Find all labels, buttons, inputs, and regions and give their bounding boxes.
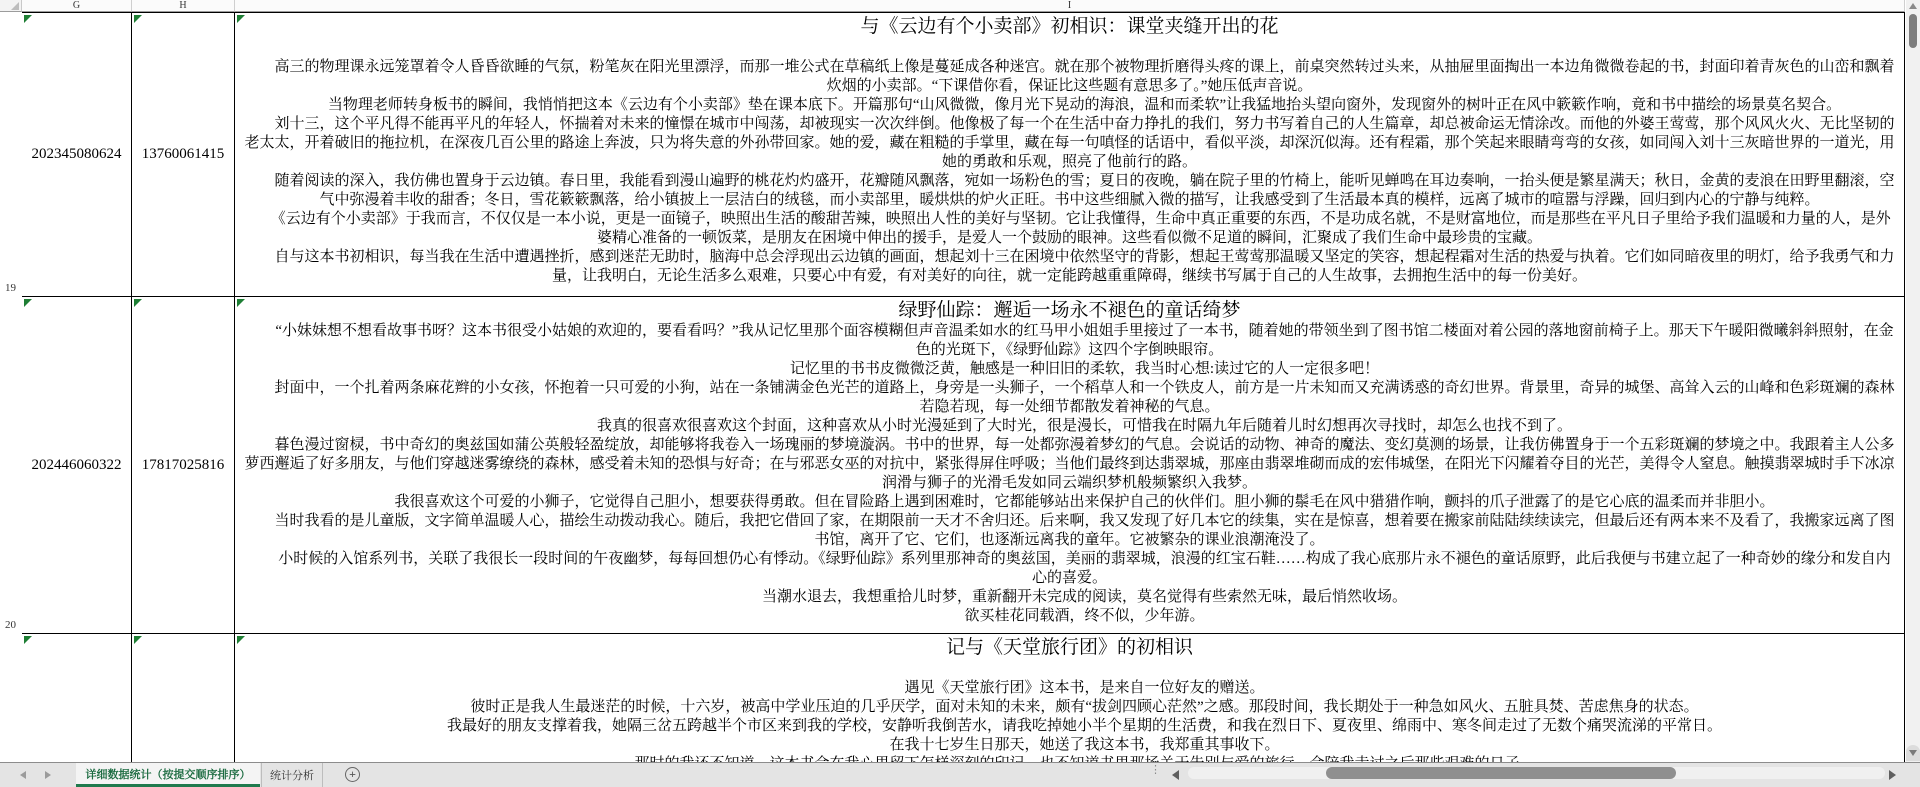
spreadsheet-app: G H I 19 20 202345080624 13760061415 与《云… [0,0,1920,787]
tab-statistics[interactable]: 统计分析 [261,763,323,787]
column-header-g[interactable]: G [22,0,132,12]
cell-I19[interactable]: 与《云边有个小卖部》初相识：课堂夹缝开出的花 高三的物理课永远笼罩着令人昏昏欲睡… [235,13,1905,297]
cell-H19[interactable]: 13760061415 [132,13,235,297]
tab-label: 详细数据统计（按提交顺序排序） [86,766,251,782]
cell-I20[interactable]: 绿野仙踪：邂逅一场永不褪色的童话绮梦 “小妹妹想不想看故事书呀？这本书很受小姑娘… [235,297,1905,634]
cell-G19[interactable]: 202345080624 [22,13,132,297]
essay-paragraph: 高三的物理课永远笼罩着令人昏昏欲睡的气氛，粉笔灰在阳光里漂浮，而那一堆公式在草稿… [242,58,1897,96]
cell-H20[interactable]: 17817025816 [132,297,235,634]
essay-title: 记与《天堂旅行团》的初相识 [242,637,1897,659]
error-indicator-triangle [134,636,142,644]
row-header-20[interactable]: 20 [0,619,21,631]
cell-H21[interactable] [132,634,235,762]
error-indicator-triangle [24,15,32,23]
essay-paragraph: 我真的很喜欢很喜欢这个封面，这种喜欢从小时光漫延到了大时光，很是漫长，可惜我在时… [242,417,1897,436]
horizontal-scrollbar-thumb[interactable] [1326,767,1676,779]
essay-paragraph: 我最好的朋友支撑着我，她隔三岔五跨越半个市区来到我的学校，安静听我倒苦水，请我吃… [242,717,1897,736]
vertical-scrollbar-thumb[interactable] [1909,14,1917,48]
scrollbar-drag-handle-icon[interactable]: ⋮ [1150,768,1153,780]
sheet-nav-right-icon[interactable] [45,771,51,779]
essay-paragraph: 在我十七岁生日那天，她送了我这本书，我郑重其事收下。 [242,736,1897,755]
essay-title: 绿野仙踪：邂逅一场永不褪色的童话绮梦 [242,300,1897,322]
error-indicator-triangle [237,636,245,644]
essay-paragraph: 刘十三，这个平凡得不能再平凡的年轻人，怀揣着对未来的憧憬在城市中闯荡，却被现实一… [242,115,1897,172]
cell-I21[interactable]: 记与《天堂旅行团》的初相识 遇见《天堂旅行团》这本书，是来自一位好友的赠送。 彼… [235,634,1905,762]
select-all-triangle-icon [11,2,19,10]
essay-paragraph-clipped: 那时的我还不知道，这本书会在我心里留下怎样深刻的印记，也不知道书里那场关于告别与… [242,755,1897,762]
cell-G20[interactable]: 202446060322 [22,297,132,634]
add-sheet-button[interactable]: + [345,767,360,782]
essay-paragraph: 当物理老师转身板书的瞬间，我悄悄把这本《云边有个小卖部》垫在课本底下。开篇那句“… [242,96,1897,115]
essay-paragraph: 封面中，一个扎着两条麻花辫的小女孩，怀抱着一只可爱的小狗，站在一条铺满金色光芒的… [242,379,1897,417]
essay-paragraph: 自与这本书初相识，每当我在生活中遭遇挫折，感到迷茫无助时，脑海中总会浮现出云边镇… [242,248,1897,286]
essay-paragraph: 我很喜欢这个可爱的小狮子，它觉得自己胆小，想要获得勇敢。但在冒险路上遇到困难时，… [242,493,1897,512]
scroll-down-arrow-icon [1909,750,1917,756]
essay-paragraph: “小妹妹想不想看故事书呀？这本书很受小姑娘的欢迎的，要看看吗？”我从记忆里那个面… [242,322,1897,360]
error-indicator-triangle [237,299,245,307]
essay-paragraph: 当时我看的是儿童版，文字简单温暖人心，描绘生动拨动我心。随后，我把它借回了家，在… [242,512,1897,550]
tab-detail-data-active[interactable]: 详细数据统计（按提交顺序排序） [76,763,260,787]
scroll-left-arrow-icon[interactable] [1172,770,1179,780]
tab-label: 统计分析 [270,767,314,783]
essay-paragraph: 暮色漫过窗棂，书中奇幻的奥兹国如蒲公英般轻盈绽放，却能够将我卷入一场瑰丽的梦境漩… [242,436,1897,493]
error-indicator-triangle [24,299,32,307]
column-header-i[interactable]: I [235,0,1905,12]
error-indicator-triangle [134,299,142,307]
cell-G21[interactable] [22,634,132,762]
sheet-nav-left-icon[interactable] [20,771,26,779]
vertical-scrollbar-track[interactable] [1906,0,1920,762]
essay-paragraph: 欲买桂花同载酒，终不似，少年游。 [242,607,1897,626]
error-indicator-triangle [134,15,142,23]
essay-paragraph: 小时候的入馆系列书，关联了我很长一段时间的午夜幽梦，每每回想仍心有悸动。《绿野仙… [242,550,1897,588]
essay-paragraph: 遇见《天堂旅行团》这本书，是来自一位好友的赠送。 [242,679,1897,698]
essay-paragraph: 《云边有个小卖部》于我而言，不仅仅是一本小说，更是一面镜子，映照出生活的酸甜苦辣… [242,210,1897,248]
row-header-19[interactable]: 19 [0,282,21,294]
plus-icon: + [349,767,356,781]
error-indicator-triangle [237,15,245,23]
essay-paragraph: 彼时正是我人生最迷茫的时候，十六岁，被高中学业压迫的几乎厌学，面对未知的未来，颇… [242,698,1897,717]
scroll-right-arrow-icon[interactable] [1889,770,1896,780]
column-header-h[interactable]: H [132,0,235,12]
error-indicator-triangle [24,636,32,644]
essay-paragraph: 随着阅读的深入，我仿佛也置身于云边镇。春日里，我能看到漫山遍野的桃花灼灼盛开，花… [242,172,1897,210]
select-all-corner[interactable] [0,0,22,12]
row-header-gutter [0,12,22,762]
scroll-up-arrow-icon[interactable] [1909,3,1917,9]
scroll-down-button[interactable] [1906,745,1920,761]
essay-paragraph: 当潮水退去，我想重拾儿时梦，重新翻开未完成的阅读，莫名觉得有些索然无味，最后悄然… [242,588,1897,607]
essay-title: 与《云边有个小卖部》初相识：课堂夹缝开出的花 [242,16,1897,38]
essay-paragraph: 记忆里的书书皮微微泛黄，触感是一种旧旧的柔软，我当时心想:读过它的人一定很多吧！ [242,360,1897,379]
